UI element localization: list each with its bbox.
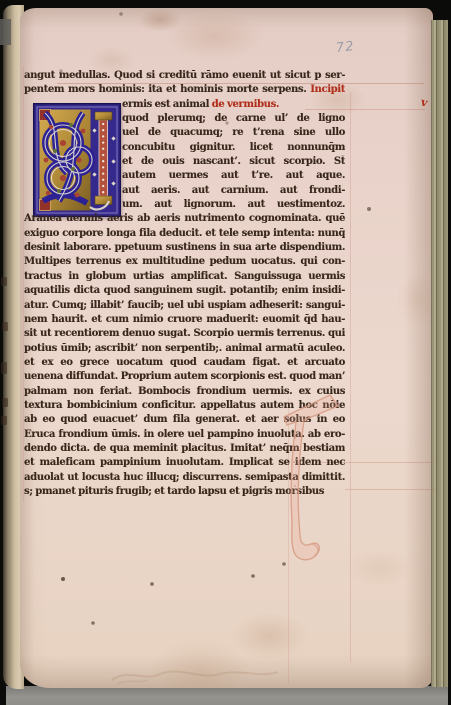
body-text: et ex eo grece uocatum quod caudam figat… bbox=[24, 357, 345, 370]
body-text: et de ouis nascant’. sicut scorpio. St̄ bbox=[122, 156, 345, 167]
body-text: pentem mors hominis: ita et hominis mort… bbox=[24, 84, 310, 95]
manuscript-line: Multipes terrenus ex multitudine pedum u… bbox=[24, 255, 345, 269]
manuscript-photo: 72 v V bbox=[0, 0, 451, 705]
body-text: s; pmanet pituris frugib; et tardo lapsu… bbox=[24, 486, 324, 497]
rubric-text: de vermibus. bbox=[212, 99, 279, 110]
folio-number: 72 bbox=[335, 39, 355, 56]
manuscript-line: angut medullas. Quod si creditū rāmo eue… bbox=[24, 69, 345, 83]
body-text: exiguo corpore longa fila deducit. et te… bbox=[24, 228, 345, 239]
manuscript-line: aquatilis dicta quod sanguinem sugit. po… bbox=[24, 284, 345, 298]
manuscript-line: concubitu gignitur. licet nonnunq̄m bbox=[122, 141, 345, 155]
manuscript-line: um. aut lignorum. aut uestimentoz. bbox=[122, 198, 345, 212]
body-text: Multipes terrenus ex multitudine pedum u… bbox=[24, 256, 345, 267]
body-text: quod plerumq; de carne ul’ de ligno bbox=[122, 113, 345, 124]
body-text: aut aeris. aut carnium. aut frondi- bbox=[122, 185, 345, 196]
ruling-line bbox=[350, 92, 351, 662]
fore-edge-pages bbox=[431, 20, 449, 687]
body-text: Aranea uermis aeris ab aeris nutrimento … bbox=[24, 213, 345, 224]
manuscript-line: potius ūmib; ascribit’ non serpentib;. a… bbox=[24, 342, 345, 356]
manuscript-line: aut aeris. aut carnium. aut frondi- bbox=[122, 184, 345, 198]
manuscript-line: sit ut recentiorem denuo sugat. Scorpio … bbox=[24, 327, 345, 341]
body-text: atur. Cumq; illabit’ faucib; uel ubi usp… bbox=[24, 300, 345, 311]
body-text: uel de quacumq; re t’rena sine ullo bbox=[122, 127, 345, 138]
manuscript-line: uenena diffundat. Proprium autem scorpio… bbox=[24, 370, 345, 384]
body-text: angut medullas. Quod si creditū rāmo eue… bbox=[24, 70, 345, 81]
corner-notch bbox=[0, 19, 11, 45]
manuscript-line: uel de quacumq; re t’rena sine ullo bbox=[122, 126, 345, 140]
body-text: desinit laborare. ppetuum sustinens in s… bbox=[24, 242, 345, 253]
margin-sketch bbox=[280, 392, 344, 574]
body-text: potius ūmib; ascribit’ non serpentib;. a… bbox=[24, 343, 345, 354]
manuscript-line: exiguo corpore longa fila deducit. et te… bbox=[24, 227, 345, 241]
body-text: um. aut lignorum. aut uestimentoz. bbox=[122, 199, 345, 210]
manuscript-line: atur. Cumq; illabit’ faucib; uel ubi usp… bbox=[24, 299, 345, 313]
manuscript-line: ermis est animal de vermibus. bbox=[122, 98, 345, 112]
body-text: nem haurit. et cum nimio cruore maduerit… bbox=[24, 314, 345, 325]
manuscript-line: pentem mors hominis: ita et hominis mort… bbox=[24, 83, 345, 97]
manuscript-line: desinit laborare. ppetuum sustinens in s… bbox=[24, 241, 345, 255]
manuscript-line: autem uermes aut t’re. aut aque. bbox=[122, 169, 345, 183]
body-text: uenena diffundat. Proprium autem scorpio… bbox=[24, 371, 345, 382]
ruling-line bbox=[345, 489, 435, 490]
body-text: autem uermes aut t’re. aut aque. bbox=[122, 170, 345, 181]
body-text: sit ut recentiorem denuo sugat. Scorpio … bbox=[24, 328, 345, 339]
manuscript-line: tractus in globum urtias amplificat. San… bbox=[24, 270, 345, 284]
body-text: ermis est animal bbox=[122, 99, 212, 110]
body-text: tractus in globum urtias amplificat. San… bbox=[24, 271, 345, 282]
manuscript-line: et de ouis nascant’. sicut scorpio. St̄ bbox=[122, 155, 345, 169]
manuscript-line: Aranea uermis aeris ab aeris nutrimento … bbox=[24, 212, 345, 226]
pen-flourish-icon bbox=[280, 392, 344, 574]
body-text: aquatilis dicta quod sanguinem sugit. po… bbox=[24, 285, 345, 296]
manuscript-line: quod plerumq; de carne ul’ de ligno bbox=[122, 112, 345, 126]
rubric-text: Incipit bbox=[310, 84, 345, 95]
body-text: concubitu gignitur. licet nonnunq̄m bbox=[122, 142, 345, 153]
manuscript-line: nem haurit. et cum nimio cruore maduerit… bbox=[24, 313, 345, 327]
table-surface bbox=[6, 686, 451, 705]
manuscript-line: et ex eo grece uocatum quod caudam figat… bbox=[24, 356, 345, 370]
faint-scribble bbox=[108, 660, 288, 688]
dirt-specks bbox=[0, 0, 2, 2]
